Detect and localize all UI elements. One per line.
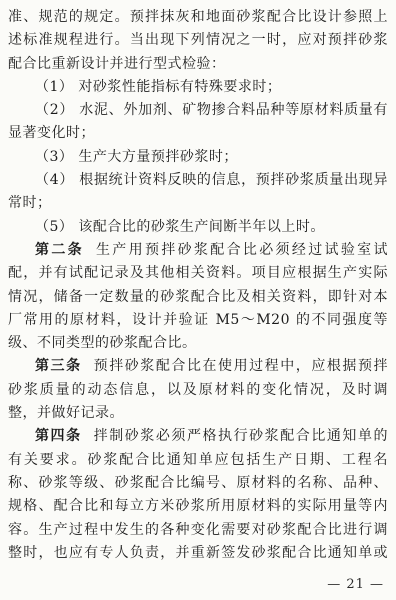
text-line: 配合比重新设计并进行型式检验：: [8, 53, 388, 76]
text-line: （3） 生产大方量预拌砂浆时；: [8, 146, 388, 169]
text-line: 述标准规程进行。当出现下列情况之一时，应对预拌砂浆: [8, 29, 388, 52]
clause-text: 拌制砂浆必须严格执行砂浆配合比通知单的: [94, 428, 388, 444]
text-line: 第四条拌制砂浆必须严格执行砂浆配合比通知单的: [8, 425, 388, 448]
text-line: 第二条生产用预拌砂浆配合比必须经过试验室试: [8, 239, 388, 262]
body-text: 准、规范的规定。预拌抹灰和地面砂浆配合比设计参照上述标准规程进行。当出现下列情况…: [8, 6, 388, 565]
text-line: 配，并有试配记录及其他相关资料。项目应根据生产实际: [8, 262, 388, 285]
text-line: （1） 对砂浆性能指标有特殊要求时；: [8, 76, 388, 99]
text-line: （4） 根据统计资料反映的信息，预拌砂浆质量出现异: [8, 169, 388, 192]
text-line: 有关要求。砂浆配合比通知单应包括生产日期、工程名: [8, 449, 388, 472]
clause-text: 生产用预拌砂浆配合比必须经过试验室试: [96, 242, 388, 258]
text-line: 显著变化时；: [8, 122, 388, 145]
text-line: （5） 该配合比的砂浆生产间断半年以上时。: [8, 216, 388, 239]
text-line: 规格、配合比和每立方米砂浆所用原材料的实际用量等内: [8, 495, 388, 518]
clause-title: 第四条: [35, 428, 82, 444]
text-line: 常时；: [8, 192, 388, 215]
document-page: 准、规范的规定。预拌抹灰和地面砂浆配合比设计参照上述标准规程进行。当出现下列情况…: [0, 0, 396, 600]
text-line: 厂常用的原材料，设计并验证 M5～M20 的不同强度等: [8, 309, 388, 332]
text-line: 容。生产过程中发生的各种变化需要对砂浆配合比进行调: [8, 519, 388, 542]
text-line: （2） 水泥、外加剂、矿物掺合料品种等原材料质量有: [8, 99, 388, 122]
text-line: 称、砂浆等级、砂浆配合比编号、原材料的名称、品种、: [8, 472, 388, 495]
clause-text: 预拌砂浆配合比在使用过程中，应根据预拌: [94, 358, 388, 374]
text-line: 砂浆质量的动态信息，以及原材料的变化情况，及时调: [8, 379, 388, 402]
text-line: 整，并做好记录。: [8, 402, 388, 425]
text-line: 准、规范的规定。预拌抹灰和地面砂浆配合比设计参照上: [8, 6, 388, 29]
text-line: 第三条预拌砂浆配合比在使用过程中，应根据预拌: [8, 355, 388, 378]
text-line: 情况，储备一定数量的砂浆配合比及相关资料，即针对本: [8, 286, 388, 309]
page-number: — 21 —: [327, 577, 384, 592]
clause-title: 第三条: [35, 358, 82, 374]
clause-title: 第二条: [35, 242, 84, 258]
text-line: 级、不同类型的砂浆配合比。: [8, 332, 388, 355]
text-line: 整时，也应有专人负责，并重新签发砂浆配合比通知单或: [8, 542, 388, 565]
